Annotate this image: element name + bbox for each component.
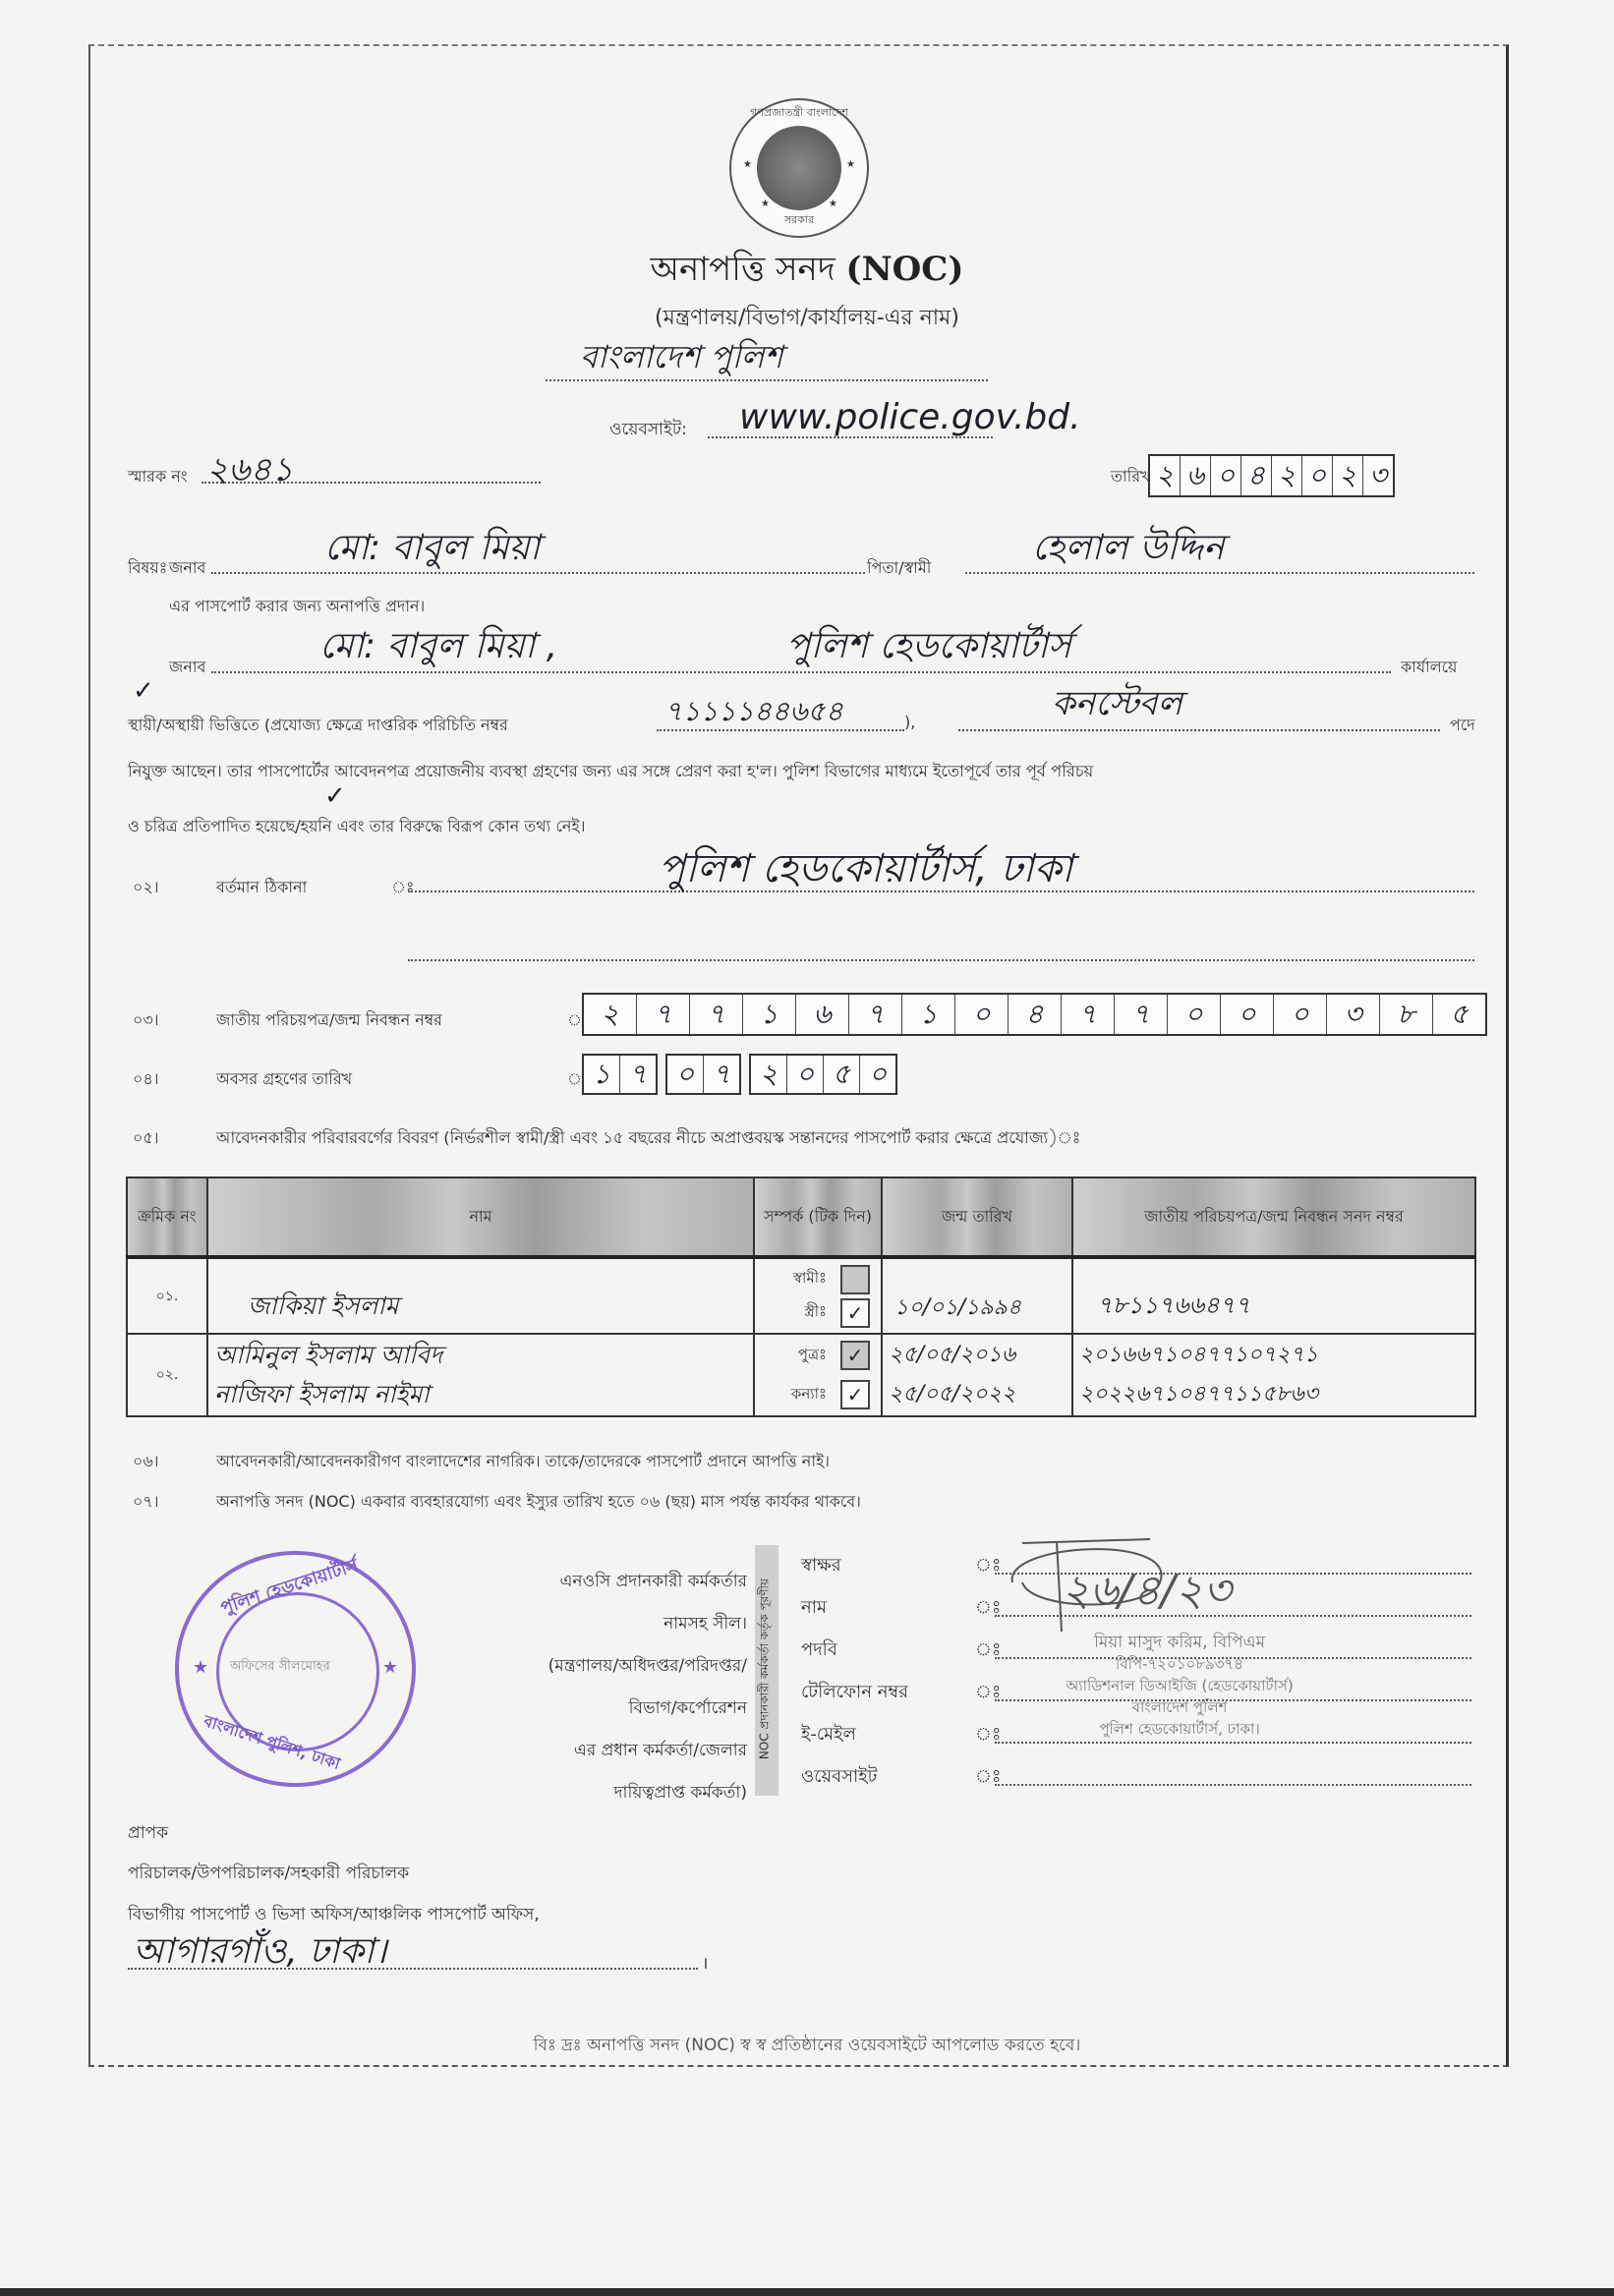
retire-year-group: ২০৫০ xyxy=(749,1054,897,1095)
member-dob: ২৫/০৫/২০২২ xyxy=(889,1375,1070,1414)
nid-digit-box: ৭ xyxy=(690,995,743,1034)
clause-06-text: আবেদনকারী/আবেদনকারীগণ বাংলাদেশের নাগরিক।… xyxy=(216,1449,830,1475)
nid-digit-box: ৭ xyxy=(1062,995,1115,1034)
nid-digit-box: ৬ xyxy=(796,995,849,1034)
retire-num: ০৪। xyxy=(133,1066,159,1093)
recipient-line1: পরিচালক/উপপরিচালক/সহকারী পরিচালক xyxy=(128,1861,409,1888)
signature-field-colon: ঃ xyxy=(975,1762,1001,1793)
row-name: জাকিয়া ইসলাম xyxy=(207,1257,754,1334)
address-dotted-2 xyxy=(408,959,1474,961)
designation-suffix: পদে xyxy=(1450,713,1475,739)
body-paragraph-line2: ও চরিত্র প্রতিপাদিত হয়েছে/হয়নি এবং তার… xyxy=(128,814,585,840)
address-value: পুলিশ হেডকোয়ার্টার্স, ঢাকা xyxy=(659,837,1072,903)
title-noc: (NOC) xyxy=(846,250,964,289)
relation-wife: স্ত্রীঃ ✓ xyxy=(756,1296,880,1330)
signature-field-label: স্বাক্ষর xyxy=(801,1551,841,1581)
applicant-name: মো: বাবুল মিয়া xyxy=(324,521,540,580)
son-checkbox[interactable]: ✓ xyxy=(840,1341,870,1370)
nid-digit-box: ০ xyxy=(955,995,1009,1034)
signature-field-label: টেলিফোন নম্বর xyxy=(801,1678,908,1708)
retirement-date-boxes: ১৭০৭২০৫০ xyxy=(582,1054,897,1095)
seal-line: পুলিশ হেডকোয়ার্টার্স, ঢাকা। xyxy=(983,1718,1376,1740)
clause-07-num: ০৭। xyxy=(133,1489,159,1516)
subject-mr-label: জনাব xyxy=(169,555,205,582)
document-title: অনাপত্তি সনদ (NOC) xyxy=(0,244,1614,300)
signatory-seal: মিয়া মাসুদ করিম, বিপিএমবিপি-৭২০১০৮৯৩৭৪অ… xyxy=(983,1632,1376,1740)
signature-field-label: নাম xyxy=(801,1593,827,1624)
signature-field-label: পদবি xyxy=(801,1636,837,1666)
retire-digit-box: ২ xyxy=(751,1056,787,1093)
body-person-name: মো: বাবুল মিয়া , xyxy=(319,619,557,678)
official-id-close: ), xyxy=(904,713,915,731)
title-bengali: অনাপত্তি সনদ xyxy=(651,250,836,289)
relation-daughter: কন্যাঃ ✓ xyxy=(756,1375,880,1414)
website-dotted-line xyxy=(708,436,993,438)
nid-digit-box: ১ xyxy=(743,995,796,1034)
tick-mark-icon: ✓ xyxy=(133,676,154,706)
row-serial: ০১. xyxy=(127,1257,207,1334)
signature-field-label: ই-মেইল xyxy=(801,1720,856,1751)
emblem-bottom-text: সরকার xyxy=(731,211,867,230)
table-header-row: ক্রমিক নং নাম সম্পর্ক (টিক দিন) জন্ম তার… xyxy=(127,1177,1475,1257)
date-digit-box: ২ xyxy=(1333,456,1363,495)
officer-description-line: (মন্ত্রণালয়/অধিদপ্তর/পরিদপ্তর/ xyxy=(413,1645,747,1688)
husband-checkbox[interactable] xyxy=(840,1265,870,1294)
date-digit-box: ৬ xyxy=(1181,456,1211,495)
table-row: ০১. জাকিয়া ইসলাম স্বামীঃ স্ত্রীঃ ✓ ১০/০… xyxy=(127,1257,1475,1334)
body-mr-label: জনাব xyxy=(169,655,205,681)
star-icon: ★ xyxy=(761,199,770,209)
nid-digit-box: ১ xyxy=(902,995,955,1034)
nid-digit-box: ০ xyxy=(1274,995,1327,1034)
subject-line2: এর পাসপোর্ট করার জন্য অনাপত্তি প্রদান। xyxy=(169,594,425,620)
date-digit-box: ০ xyxy=(1302,456,1333,495)
official-id: ৭১১১১৪৪৬৫৪ xyxy=(664,690,843,736)
father-label: পিতা/স্বামী xyxy=(867,555,931,582)
family-num: ০৫। xyxy=(133,1125,159,1152)
officer-description-line: এর প্রধান কর্মকর্তা/জেলার xyxy=(413,1730,747,1772)
member-name: আমিনুল ইসলাম আবিদ xyxy=(214,1336,752,1375)
row-dob: ২৫/০৫/২০১৬ ২৫/০৫/২০২২ xyxy=(882,1334,1072,1416)
retire-digit-box: ৫ xyxy=(824,1056,860,1093)
address-num: ০২। xyxy=(133,875,159,901)
stamp-middle-text: অফিসের সীলমোহর xyxy=(230,1657,330,1678)
memo-label: স্মারক নং xyxy=(128,464,188,490)
member-nid: ৭৮১১৭৬৬৪৭৭ xyxy=(1097,1291,1250,1319)
nid-digit-box: ৫ xyxy=(1433,995,1485,1034)
officer-description-line: দায়িত্বপ্রাপ্ত কর্মকর্তা) xyxy=(413,1772,747,1814)
retire-digit-box: ৭ xyxy=(704,1056,739,1093)
signature-field-label: ওয়েবসাইট xyxy=(801,1762,877,1793)
nid-digit-box: ৪ xyxy=(1009,995,1062,1034)
noc-officer-strip: NOC প্রদানকারী কর্মকর্তা কর্তৃক পূরণীয় xyxy=(755,1545,778,1796)
strip-text: NOC প্রদানকারী কর্মকর্তা কর্তৃক পূরণীয় xyxy=(757,1544,777,1795)
retire-digit-box: ৭ xyxy=(620,1056,656,1093)
header-name: নাম xyxy=(207,1177,754,1257)
seal-line: মিয়া মাসুদ করিম, বিপিএম xyxy=(983,1632,1376,1653)
star-icon: ★ xyxy=(193,1657,208,1678)
member-dob: ২৫/০৫/২০১৬ xyxy=(889,1336,1070,1375)
tick-mark-icon: ✓ xyxy=(324,781,346,811)
officer-description-line: বিভাগ/কর্পোরেশন xyxy=(413,1688,747,1730)
body-office-name: পুলিশ হেডকোয়ার্টার্স xyxy=(786,619,1071,678)
clause-06-num: ০৬। xyxy=(133,1449,159,1475)
recipient-office: আগারগাঁও, ঢাকা। xyxy=(133,1924,387,1983)
nid-digit-box: ৮ xyxy=(1380,995,1433,1034)
header-serial: ক্রমিক নং xyxy=(127,1177,207,1257)
officer-description-line: নামসহ সীল। xyxy=(413,1603,747,1645)
office-seal-stamp: পুলিশ হেডকোয়ার্টার্স অফিসের সীলমোহর ★ ★… xyxy=(175,1551,416,1787)
row-relation: পুত্রঃ ✓ কন্যাঃ ✓ xyxy=(754,1334,882,1416)
officer-description-line: এনওসি প্রদানকারী কর্মকর্তার xyxy=(413,1561,747,1603)
retire-digit-box: ১ xyxy=(584,1056,620,1093)
recipient-label: প্রাপক xyxy=(128,1820,168,1848)
nid-label: জাতীয় পরিচয়পত্র/জন্ম নিবন্ধন নম্বর xyxy=(216,1007,442,1034)
signature-loop-icon xyxy=(983,1523,1239,1641)
scan-edge xyxy=(0,2288,1614,2296)
designation-dotted xyxy=(958,729,1440,731)
nid-digit-box: ০ xyxy=(1221,995,1274,1034)
relation-husband: স্বামীঃ xyxy=(756,1263,880,1296)
family-table: ক্রমিক নং নাম সম্পর্ক (টিক দিন) জন্ম তার… xyxy=(126,1177,1476,1417)
table-row: ০২. আমিনুল ইসলাম আবিদ নাজিফা ইসলাম নাইমা… xyxy=(127,1334,1475,1416)
wife-checkbox[interactable]: ✓ xyxy=(840,1298,870,1328)
body-paragraph-line1: নিযুক্ত আছেন। তার পাসপোর্টের আবেদনপত্র প… xyxy=(128,759,1093,785)
nid-num: ০৩। xyxy=(133,1007,159,1034)
memo-number: ২৬৪১ xyxy=(206,444,293,500)
relation-wife-label: স্ত্রীঃ xyxy=(804,1300,827,1325)
member-nid: ২০১৬৬৭১০৪৭৭১০৭২৭১ xyxy=(1079,1336,1473,1375)
header-nid: জাতীয় পরিচয়পত্র/জন্ম নিবন্ধন সনদ নম্বর xyxy=(1072,1177,1475,1257)
star-icon: ★ xyxy=(382,1657,398,1678)
nid-digit-box: ৭ xyxy=(637,995,690,1034)
star-icon: ★ xyxy=(743,159,752,170)
website-value: www.police.gov.bd. xyxy=(739,397,1081,437)
row-relation: স্বামীঃ স্ত্রীঃ ✓ xyxy=(754,1257,882,1334)
retire-month-group: ০৭ xyxy=(665,1054,741,1095)
relation-son-label: পুত্রঃ xyxy=(798,1344,827,1368)
clause-07-text: অনাপত্তি সনদ (NOC) একবার ব্যবহারযোগ্য এব… xyxy=(216,1489,861,1516)
permanent-label: স্থায়ী/অস্থায়ী ভিত্তিতে (প্রযোজ্য ক্ষে… xyxy=(128,713,508,739)
memo-dotted-line xyxy=(202,482,541,484)
nid-boxes: ২৭৭১৬৭১০৪৭৭০০০৩৮৫ xyxy=(582,993,1487,1036)
retire-digit-box: ০ xyxy=(667,1056,704,1093)
office-suffix: কার্যালয়ে xyxy=(1401,655,1457,681)
retire-digit-box: ০ xyxy=(860,1056,895,1093)
date-digit-box: ৩ xyxy=(1363,456,1393,495)
officer-description: এনওসি প্রদানকারী কর্মকর্তারনামসহ সীল।(মন… xyxy=(413,1561,747,1814)
emblem-top-text: গণপ্রজাতন্ত্রী বাংলাদেশ xyxy=(731,104,867,123)
nid-digit-box: ২ xyxy=(584,995,637,1034)
address-colon: ঃ xyxy=(391,875,415,901)
date-boxes: ২৬০৪২০২৩ xyxy=(1148,454,1395,497)
member-dob: ১০/০১/১৯৯৪ xyxy=(894,1295,1021,1320)
seal-line: বাংলাদেশ পুলিশ xyxy=(983,1696,1376,1718)
document-subtitle: (মন্ত্রণালয়/বিভাগ/কার্যালয়-এর নাম) xyxy=(0,301,1614,337)
relation-son: পুত্রঃ ✓ xyxy=(756,1336,880,1375)
seal-line: অ্যাডিশনাল ডিআইজি (হেডকোয়ার্টার্স) xyxy=(983,1675,1376,1696)
nid-digit-box: ৩ xyxy=(1327,995,1380,1034)
designation: কনস্টেবল xyxy=(1052,678,1182,734)
row-nid: ৭৮১১৭৬৬৪৭৭ xyxy=(1072,1257,1475,1334)
seal-line: বিপি-৭২০১০৮৯৩৭৪ xyxy=(983,1653,1376,1675)
signature-field-line xyxy=(995,1784,1471,1786)
recipient-end: । xyxy=(702,1951,708,1974)
date-digit-box: ৪ xyxy=(1241,456,1272,495)
daughter-checkbox[interactable]: ✓ xyxy=(840,1380,870,1409)
member-name: জাকিয়া ইসলাম xyxy=(248,1291,398,1320)
date-digit-box: ২ xyxy=(1272,456,1302,495)
nid-digit-box: ৭ xyxy=(849,995,902,1034)
family-label: আবেদনকারীর পরিবারবর্গের বিবরণ (নির্ভরশীল… xyxy=(216,1125,1080,1152)
ministry-name: বাংলাদেশ পুলিশ xyxy=(580,332,782,385)
header-relation: সম্পর্ক (টিক দিন) xyxy=(754,1177,882,1257)
retire-digit-box: ০ xyxy=(787,1056,824,1093)
relation-husband-label: স্বামীঃ xyxy=(793,1267,827,1291)
star-icon: ★ xyxy=(846,159,855,170)
row-nid: ২০১৬৬৭১০৪৭৭১০৭২৭১ ২০২২৬৭১০৪৭৭১১৫৮৬৩ xyxy=(1072,1334,1475,1416)
ministry-dotted-line xyxy=(546,379,988,381)
row-name: আমিনুল ইসলাম আবিদ নাজিফা ইসলাম নাইমা xyxy=(207,1334,754,1416)
member-nid: ২০২২৬৭১০৪৭৭১১৫৮৬৩ xyxy=(1079,1375,1473,1414)
relation-daughter-label: কন্যাঃ xyxy=(791,1383,827,1407)
retire-label: অবসর গ্রহণের তারিখ xyxy=(216,1066,352,1093)
nid-digit-box: ৭ xyxy=(1115,995,1168,1034)
recipient-dotted xyxy=(128,1968,698,1970)
retire-day-group: ১৭ xyxy=(582,1054,658,1095)
star-icon: ★ xyxy=(829,199,837,209)
signature-field-line xyxy=(995,1742,1471,1744)
father-name: হেলাল উদ্দিন xyxy=(1032,521,1225,580)
row-serial: ০২. xyxy=(127,1334,207,1416)
footnote: বিঃ দ্রঃ অনাপত্তি সনদ (NOC) স্ব স্ব প্রত… xyxy=(0,2033,1614,2060)
address-label: বর্তমান ঠিকানা xyxy=(216,875,307,901)
date-digit-box: ২ xyxy=(1150,456,1181,495)
website-label: ওয়েবসাইট: xyxy=(609,417,687,444)
row-dob: ১০/০১/১৯৯৪ xyxy=(882,1257,1072,1334)
subject-label: বিষয়ঃ xyxy=(128,555,167,582)
date-digit-box: ০ xyxy=(1211,456,1241,495)
nid-digit-box: ০ xyxy=(1168,995,1221,1034)
member-name: নাজিফা ইসলাম নাইমা xyxy=(214,1375,752,1414)
government-emblem: গণপ্রজাতন্ত্রী বাংলাদেশ ★ ★ ★ ★ সরকার xyxy=(729,98,869,238)
header-dob: জন্ম তারিখ xyxy=(882,1177,1072,1257)
